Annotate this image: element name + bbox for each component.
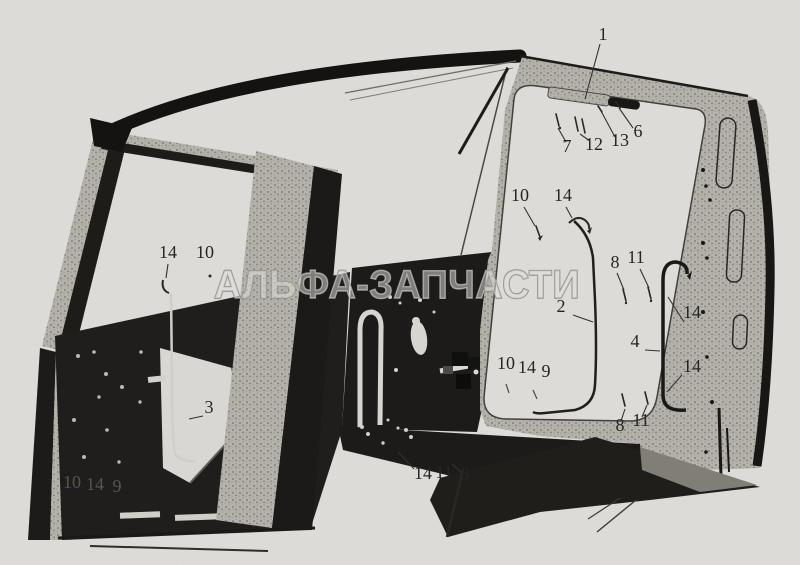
scanned-diagram-page: АЛЬФА-ЗАПЧАСТИ 1712136101481121441410149… xyxy=(0,0,800,565)
scan-noise xyxy=(0,0,800,565)
cab-frame-drawing: АЛЬФА-ЗАПЧАСТИ 1712136101481121441410149… xyxy=(0,0,800,565)
